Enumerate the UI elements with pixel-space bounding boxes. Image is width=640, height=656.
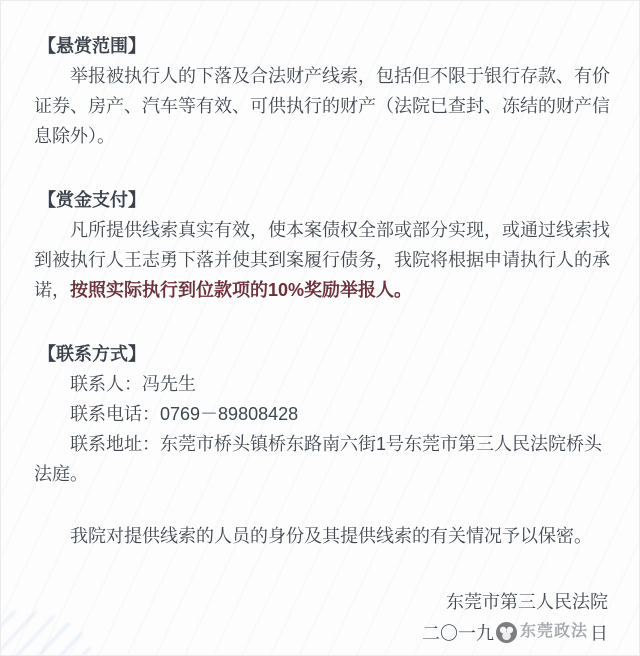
date-prefix: 二〇一九 <box>422 624 494 644</box>
badge-logo-icon <box>496 622 517 643</box>
section-heading-reward-payment: 【赏金支付】 <box>34 185 609 215</box>
body-text: 诺， <box>34 280 70 300</box>
text-line: 凡所提供线索真实有效，使本案债权全部或部分实现，或通过线索找 <box>34 215 609 245</box>
watermark-text: 东莞政法 <box>520 617 588 647</box>
body-text: 联系地址：东莞市桥头镇桥东路南六街1号东莞市第三人民法院桥头 <box>70 434 602 454</box>
paragraph-reward-payment: 凡所提供线索真实有效，使本案债权全部或部分实现，或通过线索找到被执行人王志勇下落… <box>34 215 609 305</box>
body-text: 联系人：冯先生 <box>70 374 196 394</box>
notice-document: 【悬赏范围】举报被执行人的下落及合法财产线索，包括但不限于银行存款、有价证券、房… <box>0 0 640 656</box>
text-line: 联系电话：0769－89808428 <box>34 399 609 429</box>
text-line: 我院对提供线索的人员的身份及其提供线索的有关情况予以保密。 <box>34 521 609 551</box>
text-line: 法庭。 <box>34 459 609 489</box>
court-signature: 东莞市第三人民法院 <box>34 587 609 617</box>
watermark: 东莞政法 <box>496 617 588 647</box>
text-line: 证券、房产、汽车等有效、可供执行的财产（法院已查封、冻结的财产信 <box>34 91 609 121</box>
text-line: 息除外）。 <box>34 121 609 151</box>
document-body: 【悬赏范围】举报被执行人的下落及合法财产线索，包括但不限于银行存款、有价证券、房… <box>34 31 609 551</box>
body-text: 法庭。 <box>34 464 88 484</box>
body-text: 联系电话：0769－89808428 <box>70 404 298 424</box>
text-line: 举报被执行人的下落及合法财产线索，包括但不限于银行存款、有价 <box>34 61 609 91</box>
body-text: 我院对提供线索的人员的身份及其提供线索的有关情况予以保密。 <box>70 526 592 546</box>
section-heading-reward-scope: 【悬赏范围】 <box>34 31 609 61</box>
body-text: 到被执行人王志勇下落并使其到案履行债务，我院将根据申请执行人的承 <box>34 250 610 270</box>
paragraph-confidentiality: 我院对提供线索的人员的身份及其提供线索的有关情况予以保密。 <box>34 521 609 551</box>
date-suffix: 日 <box>590 624 608 644</box>
paragraph-contact: 联系人：冯先生联系电话：0769－89808428联系地址：东莞市桥头镇桥东路南… <box>34 369 609 489</box>
text-line: 联系人：冯先生 <box>34 369 609 399</box>
body-text: 息除外）。 <box>34 126 115 146</box>
text-line: 到被执行人王志勇下落并使其到案履行债务，我院将根据申请执行人的承 <box>34 245 609 275</box>
text-line: 联系地址：东莞市桥头镇桥东路南六街1号东莞市第三人民法院桥头 <box>34 429 609 459</box>
document-content: 【悬赏范围】举报被执行人的下落及合法财产线索，包括但不限于银行存款、有价证券、房… <box>34 31 609 649</box>
body-text: 凡所提供线索真实有效，使本案债权全部或部分实现，或通过线索找 <box>70 220 610 240</box>
section-heading-contact: 【联系方式】 <box>34 339 609 369</box>
highlighted-text: 按照实际执行到位款项的10%奖励举报人。 <box>70 280 412 300</box>
paragraph-reward-scope: 举报被执行人的下落及合法财产线索，包括但不限于银行存款、有价证券、房产、汽车等有… <box>34 61 609 151</box>
body-text: 证券、房产、汽车等有效、可供执行的财产（法院已查封、冻结的财产信 <box>34 96 610 116</box>
body-text: 举报被执行人的下落及合法财产线索，包括但不限于银行存款、有价 <box>70 66 610 86</box>
date-line: 二〇一九东莞政法日 <box>34 617 609 649</box>
text-line: 诺，按照实际执行到位款项的10%奖励举报人。 <box>34 275 609 305</box>
